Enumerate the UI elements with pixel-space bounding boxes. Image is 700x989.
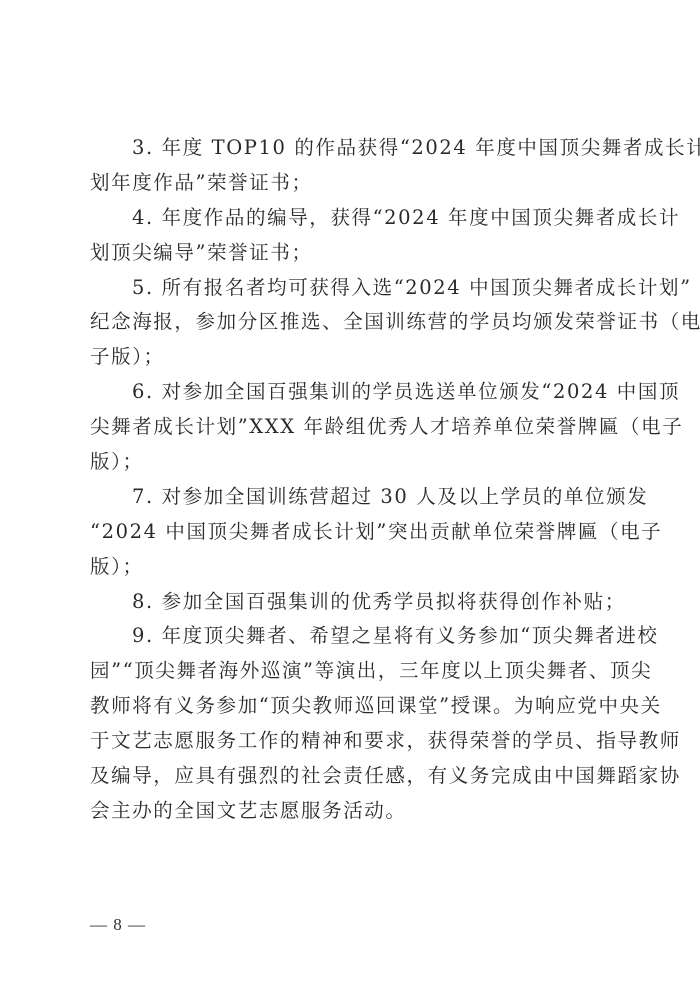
document-body: 3. 年度 TOP10 的作品获得“2024 年度中国顶尖舞者成长计 划年度作品… (90, 131, 612, 829)
paragraph-9-line-1: 9. 年度顶尖舞者、希望之星将有义务参加“顶尖舞者进校 (90, 619, 612, 654)
document-page: 3. 年度 TOP10 的作品获得“2024 年度中国顶尖舞者成长计 划年度作品… (0, 0, 700, 989)
paragraph-6-line-3: 版）； (90, 445, 612, 480)
paragraph-9-line-3: 教师将有义务参加“顶尖教师巡回课堂”授课。为响应党中央关 (90, 689, 612, 724)
page-number: — 8 — (90, 915, 146, 935)
paragraph-9-line-4: 于文艺志愿服务工作的精神和要求，获得荣誉的学员、指导教师 (90, 724, 612, 759)
paragraph-7-line-1: 7. 对参加全国训练营超过 30 人及以上学员的单位颁发 (90, 480, 612, 515)
paragraph-9-line-2: 园”“顶尖舞者海外巡演”等演出，三年度以上顶尖舞者、顶尖 (90, 654, 612, 689)
paragraph-6-line-2: 尖舞者成长计划”XXX 年龄组优秀人才培养单位荣誉牌匾（电子 (90, 410, 612, 445)
paragraph-5-line-2: 纪念海报，参加分区推选、全国训练营的学员均颁发荣誉证书（电 (90, 305, 612, 340)
paragraph-6-line-1: 6. 对参加全国百强集训的学员选送单位颁发“2024 中国顶 (90, 375, 612, 410)
paragraph-9-line-5: 及编导，应具有强烈的社会责任感，有义务完成由中国舞蹈家协 (90, 759, 612, 794)
paragraph-7-line-3: 版）； (90, 550, 612, 585)
paragraph-5-line-3: 子版）； (90, 340, 612, 375)
paragraph-7-line-2: “2024 中国顶尖舞者成长计划”突出贡献单位荣誉牌匾（电子 (90, 515, 612, 550)
paragraph-4-line-2: 划顶尖编导”荣誉证书； (90, 236, 612, 271)
paragraph-3-line-2: 划年度作品”荣誉证书； (90, 166, 612, 201)
paragraph-5-line-1: 5. 所有报名者均可获得入选“2024 中国顶尖舞者成长计划” (90, 271, 612, 306)
paragraph-3-line-1: 3. 年度 TOP10 的作品获得“2024 年度中国顶尖舞者成长计 (90, 131, 612, 166)
paragraph-9-line-6: 会主办的全国文艺志愿服务活动。 (90, 794, 612, 829)
paragraph-4-line-1: 4. 年度作品的编导，获得“2024 年度中国顶尖舞者成长计 (90, 201, 612, 236)
paragraph-8-line-1: 8. 参加全国百强集训的优秀学员拟将获得创作补贴； (90, 585, 612, 620)
